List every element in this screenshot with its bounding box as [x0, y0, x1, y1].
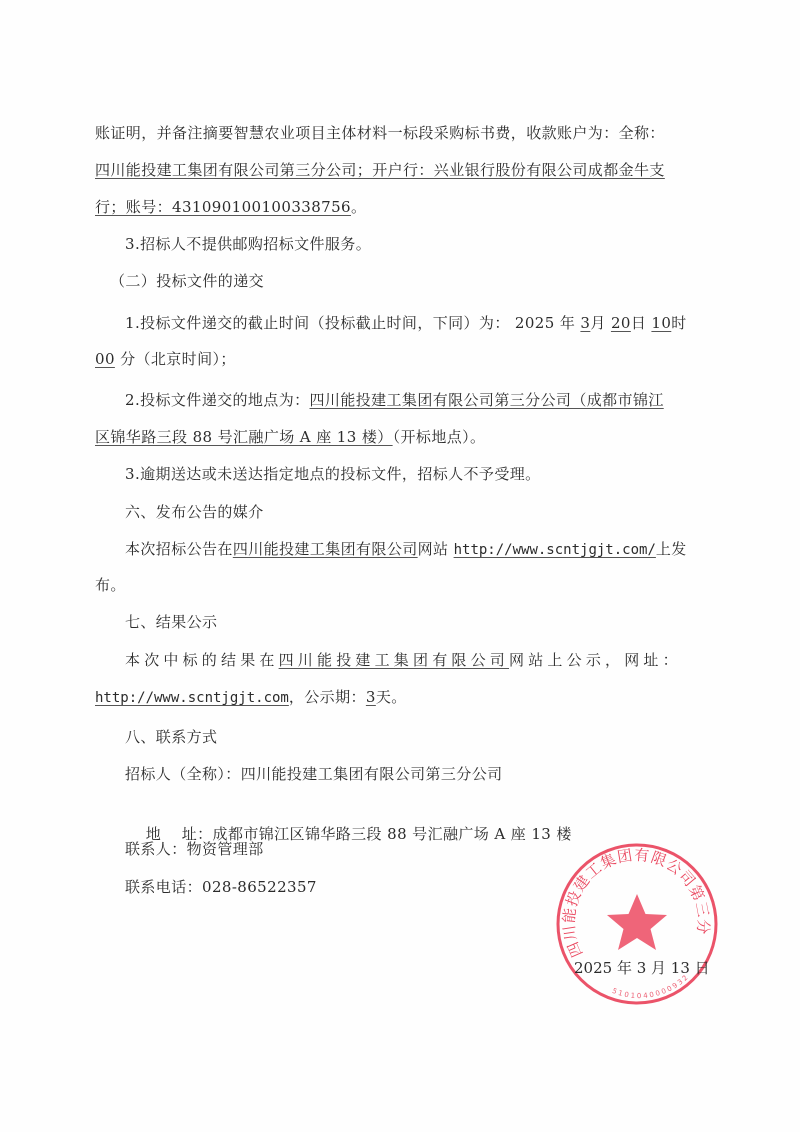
- text: 时: [671, 314, 686, 332]
- contact-address: 地 址：成都市锦江区锦华路三段 88 号汇融广场 A 座 13 楼: [125, 801, 745, 823]
- text: ，公示期：: [289, 688, 366, 706]
- text: 月: [590, 314, 605, 332]
- paragraph-line: 布。: [95, 574, 715, 596]
- text: 1.投标文件递交的截止时间（投标截止时间，下同）为： 2025 年: [125, 314, 575, 332]
- text: 招标人（全称）：四川能投建工集团有限公司第三分公司: [125, 765, 503, 783]
- text: 。: [351, 198, 366, 216]
- paragraph-line: 00 分（北京时间）；: [95, 348, 715, 370]
- text: 3.招标人不提供邮购招标文件服务。: [125, 235, 371, 253]
- text: 联系电话：028-86522357: [125, 878, 317, 896]
- paragraph-line: 区锦华路三段 88 号汇融广场 A 座 13 楼）（开标地点）。: [95, 426, 715, 448]
- paragraph-line: http://www.scntjgjt.com，公示期：3天。: [95, 686, 715, 708]
- website-link[interactable]: http://www.scntjgjt.com/: [454, 542, 656, 558]
- text: 网站上公示，网址：: [509, 651, 682, 669]
- paragraph-line: 本次招标公告在四川能投建工集团有限公司网站 http://www.scntjgj…: [125, 538, 745, 560]
- section-heading-7: 七、结果公示: [125, 611, 745, 633]
- location-underlined: 四川能投建工集团有限公司第三分公司（成都市锦江: [310, 391, 664, 409]
- account-number: 行；账号：431090100100338756: [95, 198, 351, 216]
- official-seal-icon: 四川能投建工集团有限公司第三分公司 5101040000932: [555, 842, 719, 1006]
- text: 分（北京时间）；: [120, 350, 236, 368]
- paragraph-line: 2.投标文件递交的地点为：四川能投建工集团有限公司第三分公司（成都市锦江: [125, 389, 745, 411]
- deadline-month: 3: [580, 314, 590, 332]
- deadline-day: 20: [611, 314, 631, 332]
- paragraph-line: 本次中标的结果在四川能投建工集团有限公司网站上公示，网址：: [125, 649, 745, 671]
- deadline-minute: 00: [95, 350, 115, 368]
- publicity-days: 3: [366, 688, 376, 706]
- website-link[interactable]: http://www.scntjgjt.com: [95, 690, 289, 706]
- text: 本次中标的结果在: [125, 651, 279, 669]
- section-heading-6: 六、发布公告的媒介: [125, 501, 745, 523]
- paragraph-line: 1.投标文件递交的截止时间（投标截止时间，下同）为： 2025 年 3月 20日…: [125, 312, 745, 334]
- deadline-hour: 10: [651, 314, 671, 332]
- paragraph-line: 四川能投建工集团有限公司第三分公司；开户行：兴业银行股份有限公司成都金牛支: [95, 159, 715, 181]
- text: （开标地点）。: [393, 428, 486, 446]
- text: 天。: [376, 688, 407, 706]
- text: 3.逾期送达或未送达指定地点的投标文件，招标人不予受理。: [125, 465, 541, 483]
- text: 六、发布公告的媒介: [125, 503, 264, 521]
- subsection-heading: （二）投标文件的递交: [110, 270, 730, 292]
- company-name-underlined: 四川能投建工集团有限公司: [233, 540, 418, 558]
- contact-tenderer: 招标人（全称）：四川能投建工集团有限公司第三分公司: [125, 763, 745, 785]
- paragraph-line: 行；账号：431090100100338756。: [95, 196, 715, 218]
- bank-info-underlined: 四川能投建工集团有限公司第三分公司；开户行：兴业银行股份有限公司成都金牛支: [95, 161, 665, 179]
- text: 本次招标公告在: [125, 540, 233, 558]
- paragraph-line: 账证明，并备注摘要智慧农业项目主体材料一标段采购标书费，收款账户为：全称：: [95, 122, 710, 144]
- text: 布。: [95, 576, 126, 594]
- location-underlined: 区锦华路三段 88 号汇融广场 A 座 13 楼）: [95, 428, 393, 446]
- paragraph-line: 3.逾期送达或未送达指定地点的投标文件，招标人不予受理。: [125, 463, 745, 485]
- text: 联系人：物资管理部: [125, 840, 264, 858]
- text: （二）投标文件的递交: [110, 272, 264, 290]
- signature-date: 2025 年 3 月 13 日: [574, 957, 710, 979]
- text: 网站: [418, 540, 454, 558]
- text: 2.投标文件递交的地点为：: [125, 391, 310, 409]
- text: 八、联系方式: [125, 728, 217, 746]
- text: 七、结果公示: [125, 613, 217, 631]
- document-page: 账证明，并备注摘要智慧农业项目主体材料一标段采购标书费，收款账户为：全称： 四川…: [0, 0, 800, 1132]
- paragraph-line: 3.招标人不提供邮购招标文件服务。: [125, 233, 745, 255]
- company-name-underlined: 四川能投建工集团有限公司: [279, 651, 509, 669]
- section-heading-8: 八、联系方式: [125, 726, 745, 748]
- text: 上发: [656, 540, 687, 558]
- svg-text:四川能投建工集团有限公司第三分公司: 四川能投建工集团有限公司第三分公司: [555, 842, 713, 960]
- text: 账证明，并备注摘要智慧农业项目主体材料一标段采购标书费，收款账户为：全称：: [95, 122, 665, 144]
- text: 日: [631, 314, 646, 332]
